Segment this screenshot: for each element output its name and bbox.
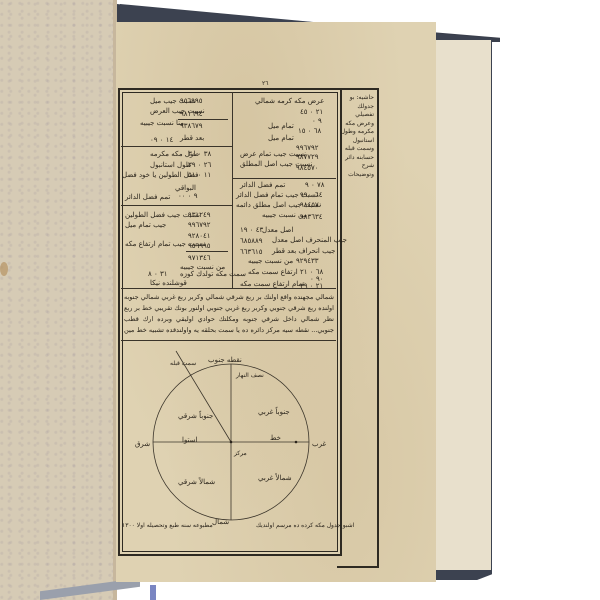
diagram-label-bottom: شمال bbox=[212, 518, 229, 526]
diagram-label-top: نقطه جنوب bbox=[208, 356, 242, 364]
table-cell-label: تمم فضل الدائر bbox=[125, 193, 170, 202]
axis-label-line: خط bbox=[270, 434, 281, 442]
table-cell-label: قوشلنده نيكا bbox=[150, 279, 187, 288]
paragraph-bottom-divider bbox=[121, 340, 336, 341]
table-cell-value: ٩٩٦٧٩٢ bbox=[188, 221, 211, 229]
bookmark-ribbon bbox=[150, 585, 156, 600]
table-cell-value: ٩٥٦٩٩٥ bbox=[180, 97, 203, 105]
table-cell-label: ارتفاع سمت مكه bbox=[248, 268, 298, 277]
table-cell-label: منا نسبت جيبيه bbox=[140, 119, 184, 128]
table-cell-label: جيب انحراف بعد قطر bbox=[272, 247, 335, 256]
explanation-paragraph: شمالي مجهنده واقع اولنك بر ربع شرقي شمال… bbox=[124, 292, 334, 338]
table-cell-value: ٩٨٤٥٧٠ bbox=[296, 164, 319, 172]
table-cell-value: ٢٦ ٠ ٣٩ bbox=[188, 161, 211, 169]
table-cell-value: ٩٢٩٤٣٣ bbox=[296, 257, 319, 265]
table-cell-label: عرض مكه كرمه شمالي bbox=[255, 97, 324, 106]
diagram-label-west: غرب bbox=[312, 440, 326, 448]
table-cell-value: ٧٨ ٠ ٩ bbox=[305, 181, 325, 189]
qibla-direction-label: سمت قبله bbox=[170, 360, 196, 367]
table-cell-value: ٦٨ ٠ ١٥ bbox=[298, 127, 321, 135]
table-cell-value: ٩٧١٣٤٦ bbox=[188, 254, 211, 262]
table-cell-value: ٣٨ ٠ ٣٠ bbox=[188, 150, 211, 158]
axis-label-equator: استوا bbox=[182, 436, 197, 444]
table-cell-value: ١٤ ٠ ٠٩ bbox=[150, 136, 173, 144]
table-cell-value: ٣١ ٠ ٨ bbox=[148, 270, 168, 278]
table-cell-label: اصل معدل bbox=[262, 226, 293, 235]
table-cell-value: ٤٣ ٠ ١٩ bbox=[240, 226, 263, 234]
diagram-label-east: شرق bbox=[135, 440, 150, 448]
table-cell-value: ٦٨٥٨٨٩ bbox=[240, 237, 263, 245]
table-cell-label: جيب المنحرف اصل معدل bbox=[272, 236, 347, 245]
quadrant-label-bottom-left: شمالاً شرقي bbox=[178, 478, 215, 486]
sum-line bbox=[178, 119, 228, 120]
table-cell-value: ٩٨٤٥٧٠ bbox=[300, 201, 323, 209]
qibla-diagram bbox=[118, 345, 338, 545]
quadrant-label-bottom-right: شمالاً غربي bbox=[258, 474, 292, 482]
table-cell-value: ٩ ٠ ٠٠ bbox=[178, 192, 198, 200]
table-cell-value: ٩٣٨٦٧٩ bbox=[180, 122, 203, 130]
table-cell-value: ١١ ٠ ٥١ bbox=[188, 171, 211, 179]
table-cell-label: من نسبت جيبيه bbox=[248, 257, 293, 266]
printing-note: مطبوعه سنه طبع وتحصيله اولا ١٣٠٠ bbox=[122, 522, 213, 529]
blank-flyleaf bbox=[430, 40, 491, 570]
table-cell-label: بعد قطر bbox=[180, 134, 204, 143]
table-cell-value: ٩٩٠٠٦٤ bbox=[300, 191, 323, 199]
margin-notes: حاشيه: بو جدولك تفصيلي وعرض مكه مكرمه وط… bbox=[340, 94, 374, 556]
table-cell-label: تمام ميل bbox=[268, 122, 294, 131]
table-row-divider bbox=[121, 205, 232, 206]
quadrant-label-top-left: جنوباً شرقي bbox=[178, 412, 213, 420]
endpaper-stain bbox=[0, 262, 8, 276]
sum-line bbox=[186, 251, 228, 252]
table-cell-value: ٦٦٣٦١٥ bbox=[240, 248, 263, 256]
table-cell-label: طول استانبول bbox=[150, 161, 191, 170]
page-number: ٢٦ bbox=[262, 80, 268, 87]
table-cell-label: جيب تمام ميل bbox=[125, 221, 166, 230]
center-label: مركز bbox=[234, 450, 247, 457]
table-cell-value: ٩٨١٦٩٤ bbox=[180, 110, 203, 118]
table-cell-label: تمام ارتفاع سمت مكه bbox=[240, 280, 304, 289]
table-cell-value: ٩٢٨٠٤١ bbox=[188, 232, 211, 240]
table-cell-value: ٩ ٠ bbox=[312, 117, 322, 125]
table-cell-label: سمت مكه تولدك كوزه bbox=[180, 270, 246, 279]
table-cell-value: ٩٨٣٦٣٤ bbox=[300, 213, 323, 221]
quadrant-label-top-right: جنوباً غربي bbox=[258, 408, 290, 416]
table-column-divider bbox=[232, 92, 233, 288]
table-cell-value: ٢١ ٠ ٣٩ bbox=[300, 282, 323, 290]
table-row-divider bbox=[232, 178, 336, 179]
table-cell-value: ٩٥٦٩٩٥ bbox=[188, 242, 211, 250]
meridian-label: نصف النهار bbox=[236, 372, 264, 379]
table-cell-value: ٢١ ٠ ٤٥ bbox=[300, 108, 323, 116]
table-cell-value: ٩٣١٢٤٩ bbox=[188, 211, 211, 219]
table-cell-label: تمم فضل الدائر bbox=[240, 181, 285, 190]
marbled-endpaper bbox=[0, 0, 116, 600]
table-row-divider bbox=[121, 146, 232, 147]
table-cell-label: تمام ميل bbox=[268, 134, 294, 143]
